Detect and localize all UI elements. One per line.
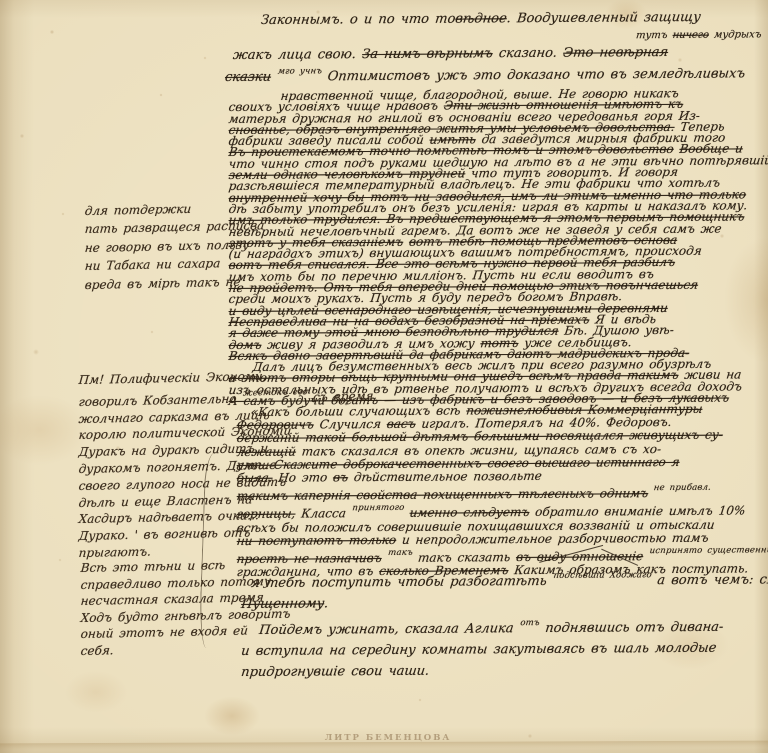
closing-lines: я тебѣ поступить чтобы разбогатѣть подсѣ… (240, 568, 768, 683)
main-text-block: нравственной чище, благородной, выше. Не… (228, 91, 768, 407)
middle-paragraph-block: «Какъ больши случающихъ всѣ пожизнелюбив… (236, 406, 768, 579)
handwriting-line: говорилъ Кобзантельно жестокъ его съ вре… (78, 385, 240, 410)
handwriting-line: я тебѣ поступить чтобы разбогатѣть подсѣ… (250, 564, 768, 594)
handwriting-line: придрогнувшіе свои чаши. (240, 658, 768, 683)
archive-stamp: ЛИТР БЕМЕНЦОВА (308, 733, 468, 743)
handwriting-line: себя. (80, 639, 242, 659)
manuscript-page: Законнымъ. о и по что товѣдное. Воодушев… (0, 0, 768, 753)
handwriting-line: Пойдемъ ужинать, сказала Аглика отъ подн… (258, 611, 768, 641)
opening-lines: Законнымъ. о и по что товѣдное. Воодушев… (232, 12, 760, 86)
handwriting-line: сказки мго учнъ Оптимистовъ ужъ это дока… (224, 60, 763, 86)
left-margin-note-upper: для потдержкипать развращеся расписване … (84, 202, 234, 294)
handwriting-line: вреда въ мірѣ такъ не (84, 272, 236, 294)
